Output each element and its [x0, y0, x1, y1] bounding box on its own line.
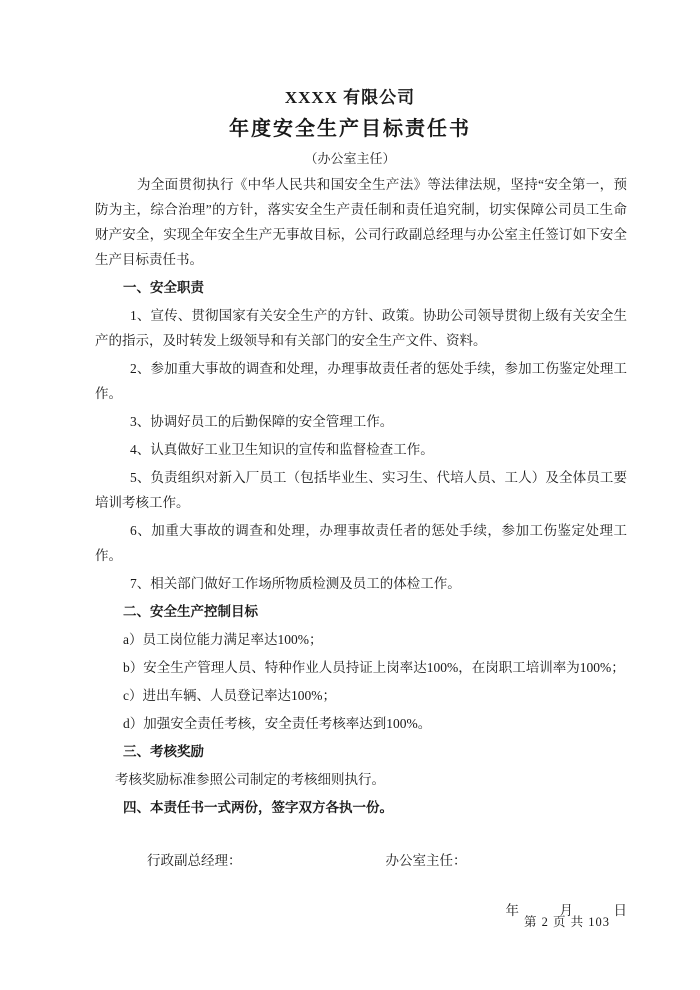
section2-heading: 二、安全生产控制目标 [95, 599, 627, 624]
section1-item-4: 4、认真做好工业卫生知识的宣传和监督检查工作。 [95, 437, 627, 462]
section4-heading: 四、本责任书一式两份，签字双方各执一份。 [95, 795, 627, 820]
intro-paragraph: 为全面贯彻执行《中华人民共和国安全生产法》等法律法规，坚持“安全第一，预防为主，… [95, 172, 627, 272]
section1-item-3: 3、协调好员工的后勤保障的安全管理工作。 [95, 409, 627, 434]
section3-text: 考核奖励标准参照公司制定的考核细则执行。 [95, 767, 627, 792]
signature-label-office-director: 办公室主任： [386, 848, 467, 873]
section1-item-1: 1、宣传、贯彻国家有关安全生产的方针、政策。协助公司领导贯彻上级有关安全生产的指… [95, 303, 627, 353]
section1-item-5: 5、负责组织对新入厂员工（包括毕业生、实习生、代培人员、工人）及全体员工要培训考… [95, 465, 627, 515]
signature-label-deputy-general-manager: 行政副总经理： [147, 848, 242, 873]
page-number: 第 2 页 共 103 [524, 914, 610, 930]
company-title: XXXX 有限公司 [0, 86, 700, 110]
section2-item-a: a）员工岗位能力满足率达100%； [95, 627, 627, 652]
section1-item-7: 7、相关部门做好工作场所物质检测及员工的体检工作。 [95, 571, 627, 596]
document-title: 年度安全生产目标责任书 [0, 115, 700, 143]
section2-item-c: c）进出车辆、人员登记率达100%； [95, 683, 627, 708]
section1-heading: 一、安全职责 [95, 275, 627, 300]
section1-item-6: 6、加重大事故的调查和处理，办理事故责任者的惩处手续，参加工伤鉴定处理工作。 [95, 518, 627, 568]
section2-item-d: d）加强安全责任考核，安全责任考核率达到100%。 [95, 711, 627, 736]
signature-row: 行政副总经理： 办公室主任： [95, 848, 627, 873]
document-body: 为全面贯彻执行《中华人民共和国安全生产法》等法律法规，坚持“安全第一，预防为主，… [95, 172, 627, 923]
document-subtitle: （办公室主任） [0, 149, 700, 169]
section1-item-2: 2、参加重大事故的调查和处理，办理事故责任者的惩处手续，参加工伤鉴定处理工作。 [95, 356, 627, 406]
section2-item-b: b）安全生产管理人员、特种作业人员持证上岗率达100%，在岗职工培训率为100%… [95, 655, 627, 680]
document-page: XXXX 有限公司 年度安全生产目标责任书 （办公室主任） 为全面贯彻执行《中华… [0, 0, 700, 990]
section3-heading: 三、考核奖励 [95, 739, 627, 764]
